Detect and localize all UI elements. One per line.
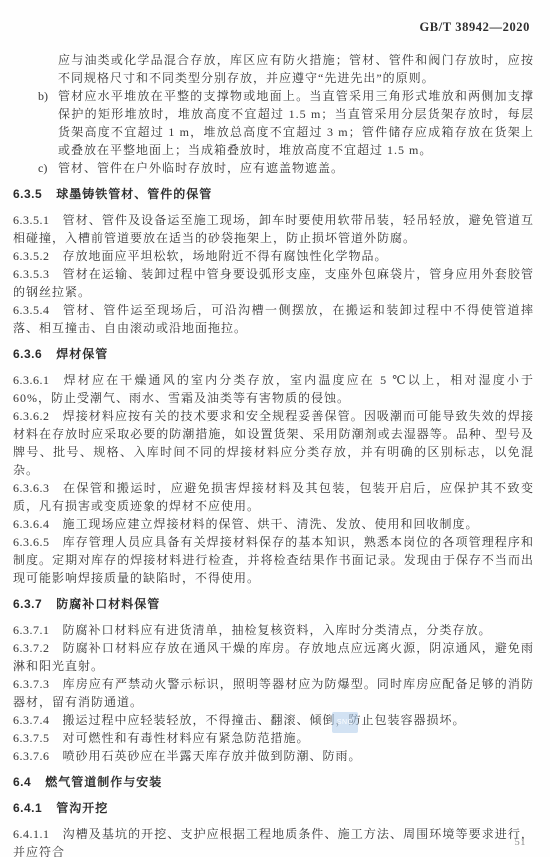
clause-number: 6.3.5.3 (13, 267, 50, 281)
paragraph-text: 存放地面应平坦松软，场地附近不得有腐蚀性化学物品。 (63, 249, 388, 263)
heading-text: 管沟开挖 (56, 801, 108, 815)
heading-text: 燃气管道制作与安装 (45, 775, 162, 789)
clause-paragraph: 6.3.6.3在保管和搬运时，应避免损害焊接材料及其包装，包装开启后，应保护其不… (13, 479, 534, 515)
clause-number: 6.3.5.2 (13, 249, 50, 263)
standard-code-header: GB/T 38942—2020 (13, 20, 530, 35)
clause-number: 6.3.7.2 (13, 641, 50, 655)
clause-number: 6.4.1.1 (13, 827, 50, 841)
paragraph-text: 应与油类或化学品混合存放，库区应有防火措施；管材、管件和阀门存放时，应按不同规格… (58, 53, 534, 85)
document-page: GB/T 38942—2020 应与油类或化学品混合存放，库区应有防火措施；管材… (0, 0, 550, 857)
clause-paragraph: 6.3.7.6喷砂用石英砂应在半露天库存放并做到防潮、防雨。 (13, 747, 534, 765)
clause-number: 6.3.6.3 (13, 481, 50, 495)
clause-number: 6.3.5.4 (13, 303, 50, 317)
clause-paragraph: 6.3.7.5对可燃性和有毒性材料应有紧急防范措施。 (13, 729, 534, 747)
paragraph-text: 管材、管件运至现场后，可沿沟槽一侧摆放，在搬运和装卸过程中不得使管道摔落、相互撞… (13, 303, 534, 335)
heading-text: 防腐补口材料保管 (56, 597, 160, 611)
paragraph-text: 管材在运输、装卸过程中管身要设弧形支座，支座外包麻袋片，管身应用外套胶管的钢丝拉… (13, 267, 534, 299)
heading-number: 6.3.7 (13, 597, 42, 611)
section-heading: 6.4燃气管道制作与安装 (13, 773, 534, 791)
paragraph-text: 焊材应在干燥通风的室内分类存放，室内温度应在 5 ℃以上，相对湿度小于 60%，… (13, 373, 534, 405)
paragraph-text: 喷砂用石英砂应在半露天库存放并做到防潮、防雨。 (63, 749, 362, 763)
list-item: b)管材应水平堆放在平整的支撑物或地面上。当直管采用三角形式堆放和两侧加支撑保护… (13, 87, 534, 159)
paragraph-text: 焊接材料应按有关的技术要求和安全规程妥善保管。因吸潮而可能导致失效的焊接材料在存… (13, 409, 534, 477)
clause-number: 6.3.6.4 (13, 517, 50, 531)
section-heading: 6.3.5球墨铸铁管材、管件的保管 (13, 185, 534, 203)
paragraph-text: 管材、管件及设备运至施工现场，卸车时要使用软带吊装，轻吊轻放，避免管道互相碰撞，… (13, 213, 534, 245)
list-item-label: c) (38, 159, 47, 177)
paragraph-text: 防腐补口材料应有进货清单，抽检复核资料，入库时分类清点，分类存放。 (63, 623, 492, 637)
paragraph-text: 库存管理人员应具备有关焊接材料保存的基本知识，熟悉本岗位的各项管理程序和制度。定… (13, 535, 534, 585)
list-item: c)管材、管件在户外临时存放时，应有遮盖物遮盖。 (13, 159, 534, 177)
clause-paragraph: 6.3.5.3管材在运输、装卸过程中管身要设弧形支座，支座外包麻袋片，管身应用外… (13, 265, 534, 301)
clause-paragraph: 6.3.6.2焊接材料应按有关的技术要求和安全规程妥善保管。因吸潮而可能导致失效… (13, 407, 534, 479)
clause-paragraph: 6.3.5.1管材、管件及设备运至施工现场，卸车时要使用软带吊装，轻吊轻放，避免… (13, 211, 534, 247)
clause-number: 6.3.6.2 (13, 409, 50, 423)
clause-number: 6.3.7.4 (13, 713, 50, 727)
paragraph-text: 库房应有严禁动火警示标识，照明等器材应为防爆型。同时库房应配备足够的消防器材，留… (13, 677, 534, 709)
clause-number: 6.3.7.1 (13, 623, 50, 637)
paragraph-text: 对可燃性和有毒性材料应有紧急防范措施。 (63, 731, 310, 745)
heading-number: 6.4 (13, 775, 31, 789)
clause-paragraph: 6.3.7.2防腐补口材料应存放在通风干燥的库房。存放地点应远离火源，阴凉通风，… (13, 639, 534, 675)
heading-number: 6.3.5 (13, 187, 42, 201)
paragraph-text: 施工现场应建立焊接材料的保管、烘干、清洗、发放、使用和回收制度。 (63, 517, 479, 531)
clause-paragraph: 6.3.7.1防腐补口材料应有进货清单，抽检复核资料，入库时分类清点，分类存放。 (13, 621, 534, 639)
paragraph-text: 搬运过程中应轻装轻放，不得撞击、翻滚、倾倒，防止包装容器损坏。 (63, 713, 466, 727)
document-body: 应与油类或化学品混合存放，库区应有防火措施；管材、管件和阀门存放时，应按不同规格… (13, 51, 534, 857)
clause-number: 6.3.7.5 (13, 731, 50, 745)
clause-paragraph: 6.3.7.4搬运过程中应轻装轻放，不得撞击、翻滚、倾倒，防止包装容器损坏。 (13, 711, 534, 729)
section-heading: 6.3.7防腐补口材料保管 (13, 595, 534, 613)
paragraph-text: 管材应水平堆放在平整的支撑物或地面上。当直管采用三角形式堆放和两侧加支撑保护的矩… (58, 89, 534, 157)
clause-paragraph: 6.3.6.4施工现场应建立焊接材料的保管、烘干、清洗、发放、使用和回收制度。 (13, 515, 534, 533)
page-number: 51 (515, 837, 527, 848)
paragraph-text: 在保管和搬运时，应避免损害焊接材料及其包装，包装开启后，应保护其不致变质，凡有损… (13, 481, 534, 513)
heading-text: 焊材保管 (56, 347, 108, 361)
paragraph-text: 管材、管件在户外临时存放时，应有遮盖物遮盖。 (58, 161, 344, 175)
paragraph-text: 防腐补口材料应存放在通风干燥的库房。存放地点应远离火源，阴凉通风，避免雨淋和阳光… (13, 641, 534, 673)
heading-text: 球墨铸铁管材、管件的保管 (56, 187, 212, 201)
clause-paragraph: 6.3.7.3库房应有严禁动火警示标识，照明等器材应为防爆型。同时库房应配备足够… (13, 675, 534, 711)
clause-number: 6.3.7.3 (13, 677, 50, 691)
clause-number: 6.3.7.6 (13, 749, 50, 763)
paragraph-text: 沟槽及基坑的开挖、支护应根据工程地质条件、施工方法、周围环境等要求进行，并应符合 (13, 827, 534, 857)
list-item-label: b) (38, 87, 48, 105)
heading-number: 6.4.1 (13, 801, 42, 815)
clause-paragraph: 6.3.5.4管材、管件运至现场后，可沿沟槽一侧摆放，在搬运和装卸过程中不得使管… (13, 301, 534, 337)
clause-paragraph: 6.4.1.1沟槽及基坑的开挖、支护应根据工程地质条件、施工方法、周围环境等要求… (13, 825, 534, 857)
clause-paragraph: 6.3.6.5库存管理人员应具备有关焊接材料保存的基本知识，熟悉本岗位的各项管理… (13, 533, 534, 587)
heading-number: 6.3.6 (13, 347, 42, 361)
clause-number: 6.3.6.5 (13, 535, 50, 549)
section-heading: 6.3.6焊材保管 (13, 345, 534, 363)
clause-number: 6.3.5.1 (13, 213, 50, 227)
clause-paragraph: 6.3.5.2存放地面应平坦松软，场地附近不得有腐蚀性化学物品。 (13, 247, 534, 265)
clause-number: 6.3.6.1 (13, 373, 50, 387)
continuation-paragraph: 应与油类或化学品混合存放，库区应有防火措施；管材、管件和阀门存放时，应按不同规格… (13, 51, 534, 87)
clause-paragraph: 6.3.6.1焊材应在干燥通风的室内分类存放，室内温度应在 5 ℃以上，相对湿度… (13, 371, 534, 407)
section-heading: 6.4.1管沟开挖 (13, 799, 534, 817)
